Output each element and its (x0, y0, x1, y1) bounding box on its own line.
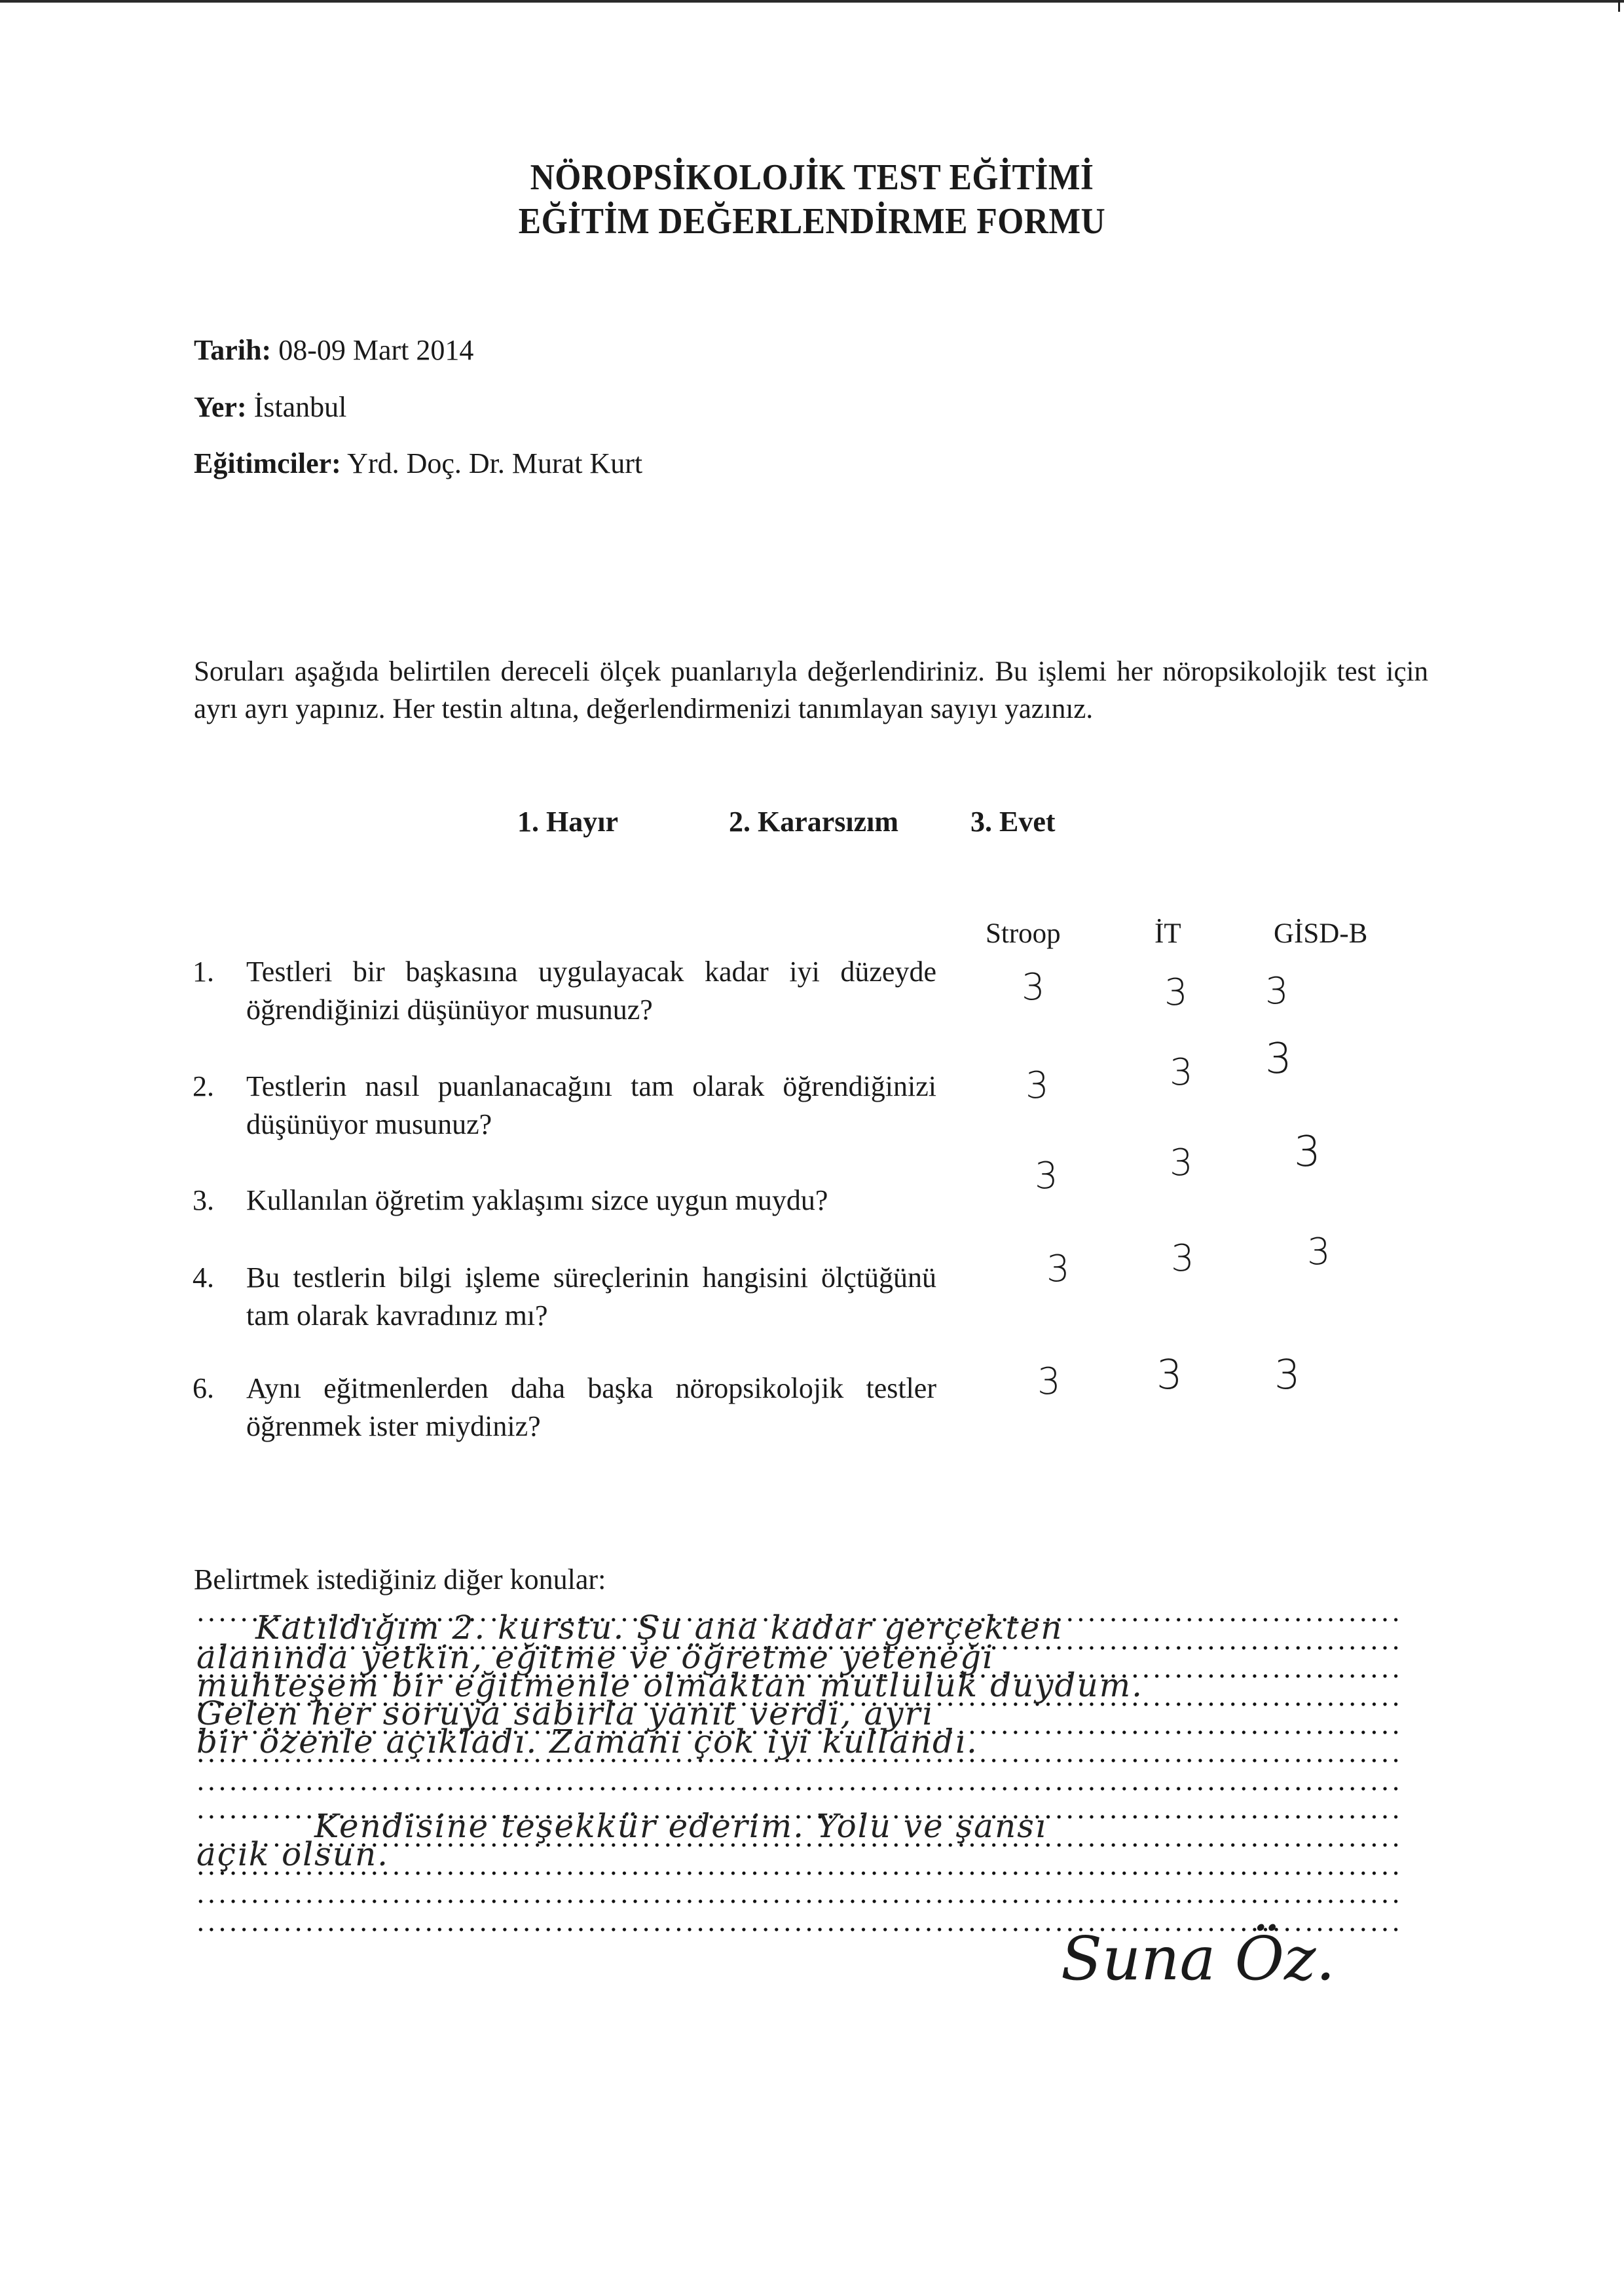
dotted-line (195, 1787, 1400, 1791)
answer-stroop: 3 (1022, 969, 1045, 1006)
column-header-it: İT (1154, 920, 1181, 948)
form-subtitle: EĞİTİM DEĞERLENDİRME FORMU (65, 203, 1559, 240)
place-value: İstanbul (254, 391, 347, 423)
comments-label: Belirtmek istediğiniz diğer konular: (194, 1565, 606, 1594)
answer-gisd-b: 3 (1265, 973, 1289, 1010)
instructions-paragraph: Soruları aşağıda belirtilen dereceli ölç… (194, 653, 1428, 728)
handwritten-comment-line: Kendisine teşekkür ederim. Yolu ve şansı (314, 1810, 1047, 1842)
date-value: 08-09 Mart 2014 (278, 334, 473, 366)
date-row: Tarih: 08-09 Mart 2014 (194, 336, 473, 365)
column-header-gisd-b: GİSD-B (1274, 920, 1367, 948)
dotted-line (195, 1899, 1400, 1903)
place-row: Yer: İstanbul (194, 393, 346, 422)
question-number: 3. (193, 1186, 214, 1215)
question-number: 1. (193, 958, 214, 986)
question-text: Testleri bir başkasına uygulayacak kadar… (246, 953, 936, 1029)
answer-stroop: 3 (1037, 1364, 1061, 1400)
question-text: Kullanılan öğretim yaklaşımı sizce uygun… (246, 1182, 936, 1220)
signature: Suna Öz. (1061, 1929, 1335, 1989)
question-text: Bu testlerin bilgi işleme süreçlerinin h… (246, 1259, 936, 1335)
scale-option-undecided: 2. Kararsızım (729, 808, 898, 836)
answer-gisd-b: 3 (1294, 1131, 1321, 1173)
answer-stroop: 3 (1046, 1251, 1070, 1288)
question-text: Testlerin nasıl puanlanacağını tam olara… (246, 1068, 936, 1144)
trainers-row: Eğitimciler: Yrd. Doç. Dr. Murat Kurt (194, 449, 642, 478)
answer-stroop: 3 (1035, 1158, 1058, 1195)
handwritten-comment-line: açık olsun. (196, 1838, 389, 1871)
answer-it: 3 (1164, 975, 1188, 1011)
question-number: 4. (193, 1263, 214, 1292)
answer-gisd-b: 3 (1265, 1038, 1292, 1080)
answer-it: 3 (1156, 1354, 1182, 1395)
form-title: NÖROPSİKOLOJİK TEST EĞİTİMİ (65, 159, 1559, 196)
answer-gisd-b: 3 (1274, 1354, 1300, 1395)
scale-option-yes: 3. Evet (970, 808, 1056, 836)
answer-stroop: 3 (1025, 1068, 1049, 1104)
scan-edge (0, 0, 1624, 3)
question-number: 6. (193, 1374, 214, 1403)
answer-it: 3 (1170, 1145, 1193, 1182)
trainers-value: Yrd. Doç. Dr. Murat Kurt (347, 447, 642, 479)
answer-it: 3 (1171, 1241, 1194, 1277)
handwritten-comment-line: bir özenle açıkladı. Zamanı çok iyi kull… (196, 1725, 978, 1758)
column-header-stroop: Stroop (986, 920, 1061, 948)
place-label: Yer: (194, 391, 247, 423)
answer-it: 3 (1170, 1054, 1193, 1091)
date-label: Tarih: (194, 334, 271, 366)
question-text: Aynı eğitmenlerden daha başka nöropsikol… (246, 1370, 936, 1446)
question-number: 2. (193, 1072, 214, 1101)
trainers-label: Eğitimciler: (194, 447, 341, 479)
scan-mark (1618, 0, 1620, 12)
answer-gisd-b: 3 (1307, 1234, 1331, 1271)
scale-option-no: 1. Hayır (517, 808, 618, 836)
